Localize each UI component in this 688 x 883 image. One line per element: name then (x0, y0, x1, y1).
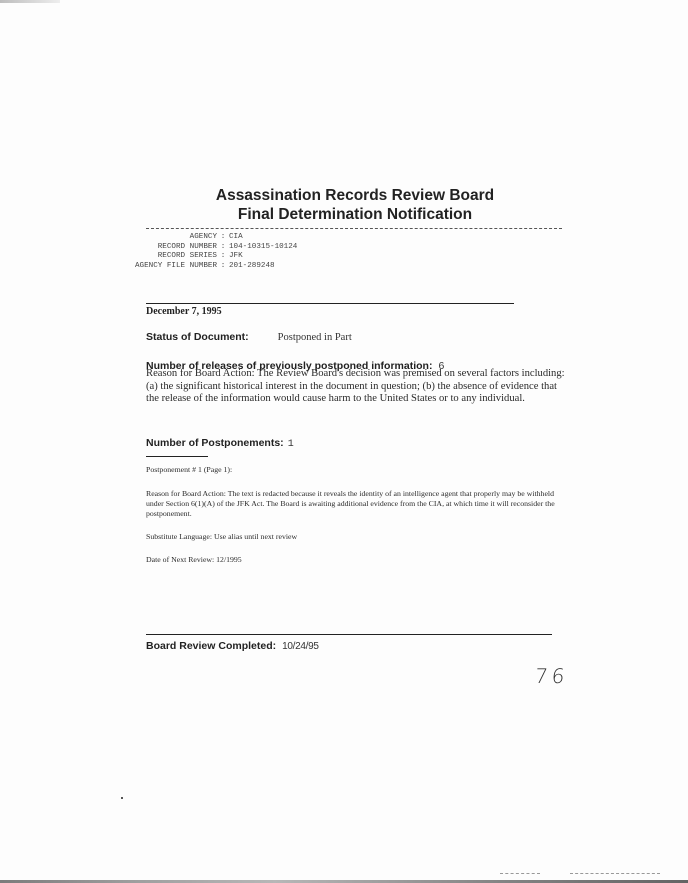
scan-artifact-mark (570, 873, 660, 874)
board-action-reason: Reason for Board Action: The Review Boar… (146, 368, 566, 406)
scan-speck (121, 797, 123, 799)
horizontal-rule (146, 303, 514, 304)
metadata-separator: : (217, 252, 229, 262)
short-rule (146, 456, 208, 457)
status-value: Postponed in Part (278, 332, 352, 343)
notification-date: December 7, 1995 (146, 306, 222, 317)
document-subtitle: Final Determination Notification (150, 205, 560, 225)
substitute-language: Substitute Language: Use alias until nex… (146, 532, 297, 541)
scan-artifact-mark (500, 873, 540, 874)
metadata-value: JFK (229, 252, 243, 262)
postponement-reason: Reason for Board Action: The text is red… (146, 489, 556, 520)
dashed-divider (146, 228, 562, 229)
document-page: Assassination Records Review Board Final… (0, 0, 688, 883)
metadata-separator: : (217, 233, 229, 243)
postponement-header: Postponement # 1 (Page 1): (146, 465, 232, 474)
postponements-count: Number of Postponements: 1 (146, 433, 294, 451)
metadata-key: AGENCY FILE NUMBER (116, 262, 217, 272)
status-label: Status of Document: (146, 331, 249, 343)
metadata-separator: : (217, 262, 229, 272)
handwritten-page-number: 76 (534, 664, 570, 688)
metadata-value: CIA (229, 233, 243, 243)
review-completed-label: Board Review Completed: (146, 640, 276, 652)
metadata-row-record-number: RECORD NUMBER : 104-10315-10124 (116, 243, 297, 253)
metadata-value: 104-10315-10124 (229, 243, 297, 253)
postponements-label: Number of Postponements: (146, 437, 284, 449)
metadata-key: AGENCY (116, 233, 217, 243)
metadata-row-record-series: RECORD SERIES : JFK (116, 252, 297, 262)
metadata-row-agency: AGENCY : CIA (116, 233, 297, 243)
metadata-key: RECORD NUMBER (116, 243, 217, 253)
scan-artifact-top (0, 0, 60, 3)
review-completed-value: 10/24/95 (282, 641, 319, 652)
metadata-row-agency-file-number: AGENCY FILE NUMBER : 201-289248 (116, 262, 297, 272)
record-metadata: AGENCY : CIA RECORD NUMBER : 104-10315-1… (116, 233, 297, 272)
next-review-date: Date of Next Review: 12/1995 (146, 555, 242, 564)
document-title: Assassination Records Review Board (150, 186, 560, 206)
review-completed: Board Review Completed: 10/24/95 (146, 636, 319, 654)
postponements-value: 1 (288, 439, 294, 450)
metadata-separator: : (217, 243, 229, 253)
metadata-key: RECORD SERIES (116, 252, 217, 262)
horizontal-rule (146, 634, 552, 635)
metadata-value: 201-289248 (229, 262, 275, 272)
document-status: Status of Document: Postponed in Part (146, 331, 352, 343)
